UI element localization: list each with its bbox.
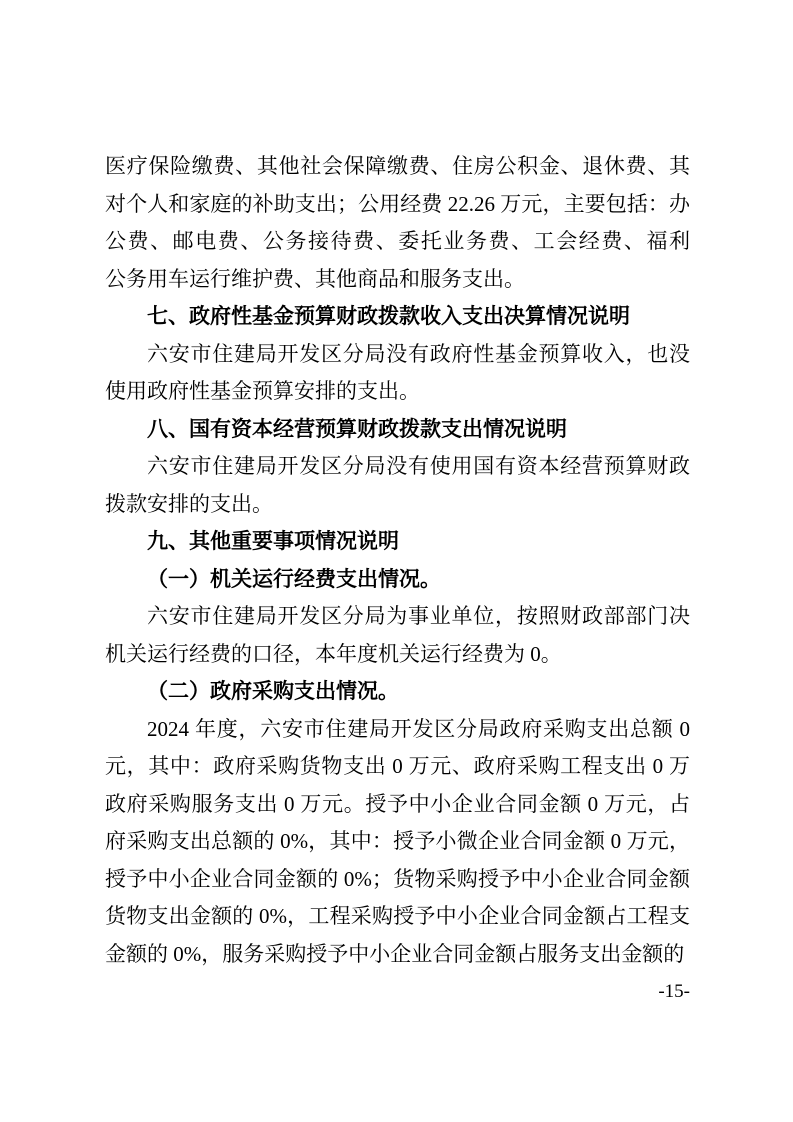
- text-line: 货物支出金额的 0%，工程采购授予中小企业合同金额占工程支出: [105, 898, 690, 936]
- text-line: 使用政府性基金预算安排的支出。: [105, 373, 690, 411]
- text-line: 元，其中：政府采购货物支出 0 万元、政府采购工程支出 0 万元、: [105, 748, 690, 786]
- text-line: 府采购支出总额的 0%，其中：授予小微企业合同金额 0 万元，占: [105, 823, 690, 861]
- section-heading: 九、其他重要事项情况说明: [105, 523, 690, 561]
- text-line: 2024 年度，六安市住建局开发区分局政府采购支出总额 0 万: [105, 711, 690, 749]
- page-number: -15-: [105, 973, 690, 1011]
- text-line: 拨款安排的支出。: [105, 486, 690, 524]
- text-line: 对个人和家庭的补助支出；公用经费 22.26 万元，主要包括：办: [105, 186, 690, 224]
- document-body: 医疗保险缴费、其他社会保障缴费、住房公积金、退休费、其他对个人和家庭的补助支出；…: [105, 148, 690, 973]
- section-heading: 七、政府性基金预算财政拨款收入支出决算情况说明: [105, 298, 690, 336]
- section-heading: （一）机关运行经费支出情况。: [105, 561, 690, 599]
- text-line: 公务用车运行维护费、其他商品和服务支出。: [105, 261, 690, 299]
- document-page: 医疗保险缴费、其他社会保障缴费、住房公积金、退休费、其他对个人和家庭的补助支出；…: [0, 0, 793, 1122]
- section-heading: （二）政府采购支出情况。: [105, 673, 690, 711]
- text-line: 医疗保险缴费、其他社会保障缴费、住房公积金、退休费、其他: [105, 148, 690, 186]
- text-line: 六安市住建局开发区分局没有使用国有资本经营预算财政: [105, 448, 690, 486]
- text-line: 六安市住建局开发区分局为事业单位，按照财政部部门决算: [105, 598, 690, 636]
- text-line: 政府采购服务支出 0 万元。授予中小企业合同金额 0 万元，占政: [105, 786, 690, 824]
- text-line: 公费、邮电费、公务接待费、委托业务费、工会经费、福利费、: [105, 223, 690, 261]
- text-line: 金额的 0%，服务采购授予中小企业合同金额占服务支出金额的: [105, 936, 690, 974]
- text-line: 机关运行经费的口径，本年度机关运行经费为 0。: [105, 636, 690, 674]
- text-line: 授予中小企业合同金额的 0%；货物采购授予中小企业合同金额占: [105, 861, 690, 899]
- section-heading: 八、国有资本经营预算财政拨款支出情况说明: [105, 411, 690, 449]
- text-line: 六安市住建局开发区分局没有政府性基金预算收入，也没有: [105, 336, 690, 374]
